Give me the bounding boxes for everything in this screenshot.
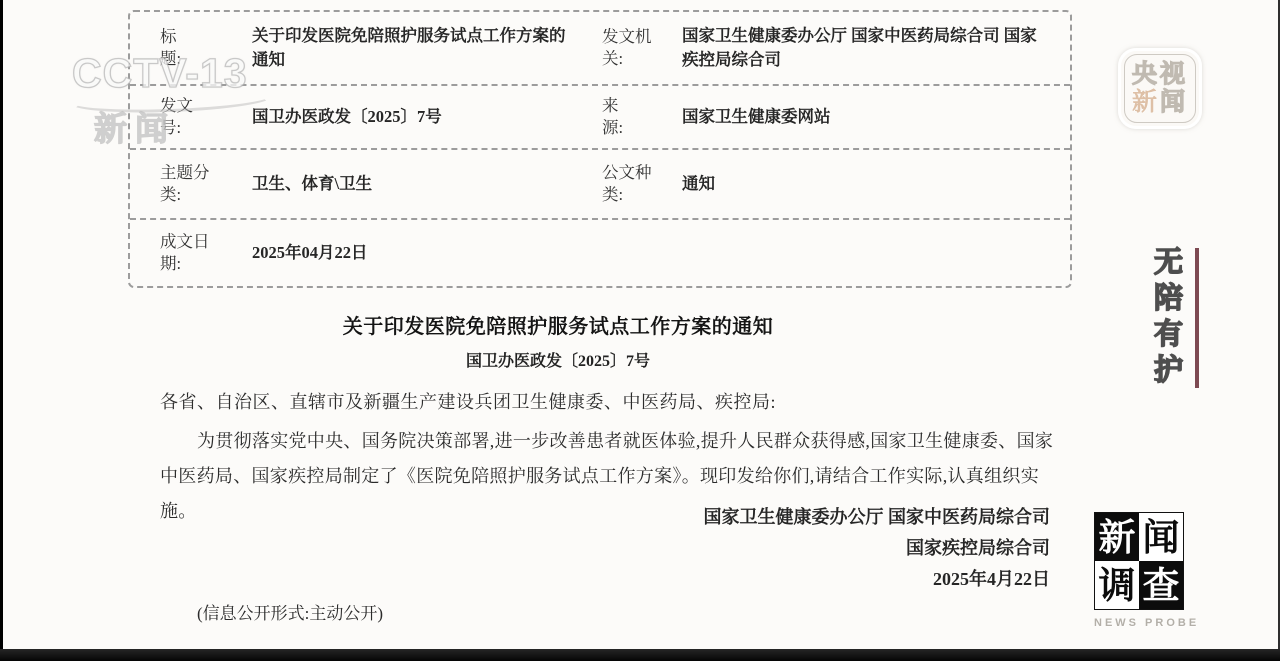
badge-char-accent: 新 [1132, 89, 1160, 117]
field-value-issuing-organ: 国家卫生健康委办公厅 国家中医药局综合司 国家疾控局综合司 [672, 24, 1070, 72]
field-value-doc-type: 通知 [672, 172, 1070, 196]
probe-char-4: 查 [1139, 561, 1183, 609]
document-salutation: 各省、自治区、直辖市及新疆生产建设兵团卫生健康委、中医药局、疾控局: [160, 388, 1060, 414]
bottom-letterbox-bar [0, 649, 1280, 661]
field-value-date-written: 2025年04月22日 [226, 241, 600, 265]
document-number: 国卫办医政发〔2025〕7号 [128, 348, 988, 371]
table-row: 发文 号: 国卫办医政发〔2025〕7号 来 源: 国家卫生健康委网站 [130, 84, 1070, 148]
field-label-title: 标 题: [160, 26, 226, 70]
badge-char: 央 [1132, 61, 1160, 89]
document-heading: 关于印发医院免陪照护服务试点工作方案的通知 国卫办医政发〔2025〕7号 [128, 310, 988, 371]
table-row: 成文日 期: 2025年04月22日 [130, 218, 1070, 286]
field-value-source: 国家卫生健康委网站 [672, 105, 1070, 129]
side-slogan-divider [1195, 248, 1199, 388]
field-label-doc-number: 发文 号: [160, 95, 226, 139]
cctv-news-app-badge: 央视 新闻 [1118, 48, 1202, 129]
document-title: 关于印发医院免陪照护服务试点工作方案的通知 [128, 310, 988, 339]
news-probe-grid: 新 闻 调 查 [1094, 512, 1184, 610]
table-row: 主题分 类: 卫生、体育\卫生 公文种 类: 通知 [130, 148, 1070, 218]
table-row: 标 题: 关于印发医院免陪照护服务试点工作方案的通知 发文机 关: 国家卫生健康… [130, 12, 1070, 84]
badge-char: 闻 [1160, 89, 1188, 117]
screen-edge-left [0, 0, 3, 661]
document-signature-block: 国家卫生健康委办公厅 国家中医药局综合司 国家疾控局综合司 2025年4月22日 [550, 502, 1050, 595]
side-slogan-text: 无陪有护 [1146, 246, 1187, 396]
news-probe-caption: NEWS PROBE [1094, 617, 1184, 629]
field-value-subject-category: 卫生、体育\卫生 [226, 172, 600, 196]
probe-char-3: 调 [1095, 561, 1139, 609]
disclosure-note: (信息公开形式:主动公开) [197, 599, 383, 624]
signature-organs-line2: 国家疾控局综合司 [550, 533, 1050, 564]
field-label-date-written: 成文日 期: [160, 231, 226, 275]
cctv-news-badge-characters: 央视 新闻 [1124, 54, 1196, 123]
signature-organs-line1: 国家卫生健康委办公厅 国家中医药局综合司 [550, 502, 1050, 533]
news-probe-logo: 新 闻 调 查 NEWS PROBE [1094, 512, 1184, 629]
field-label-issuing-organ: 发文机 关: [602, 26, 672, 70]
field-label-doc-type: 公文种 类: [602, 162, 672, 206]
signature-date: 2025年4月22日 [550, 564, 1050, 595]
probe-char-1: 新 [1095, 513, 1139, 561]
field-label-source: 来 源: [602, 95, 672, 139]
field-value-title: 关于印发医院免陪照护服务试点工作方案的通知 [226, 24, 600, 72]
field-label-subject-category: 主题分 类: [160, 162, 226, 206]
badge-char: 视 [1160, 61, 1188, 89]
document-metadata-table: 标 题: 关于印发医院免陪照护服务试点工作方案的通知 发文机 关: 国家卫生健康… [128, 10, 1072, 288]
side-slogan-banner: 无陪有护 [1146, 246, 1199, 396]
probe-char-2: 闻 [1139, 513, 1183, 561]
field-value-doc-number: 国卫办医政发〔2025〕7号 [226, 105, 600, 129]
